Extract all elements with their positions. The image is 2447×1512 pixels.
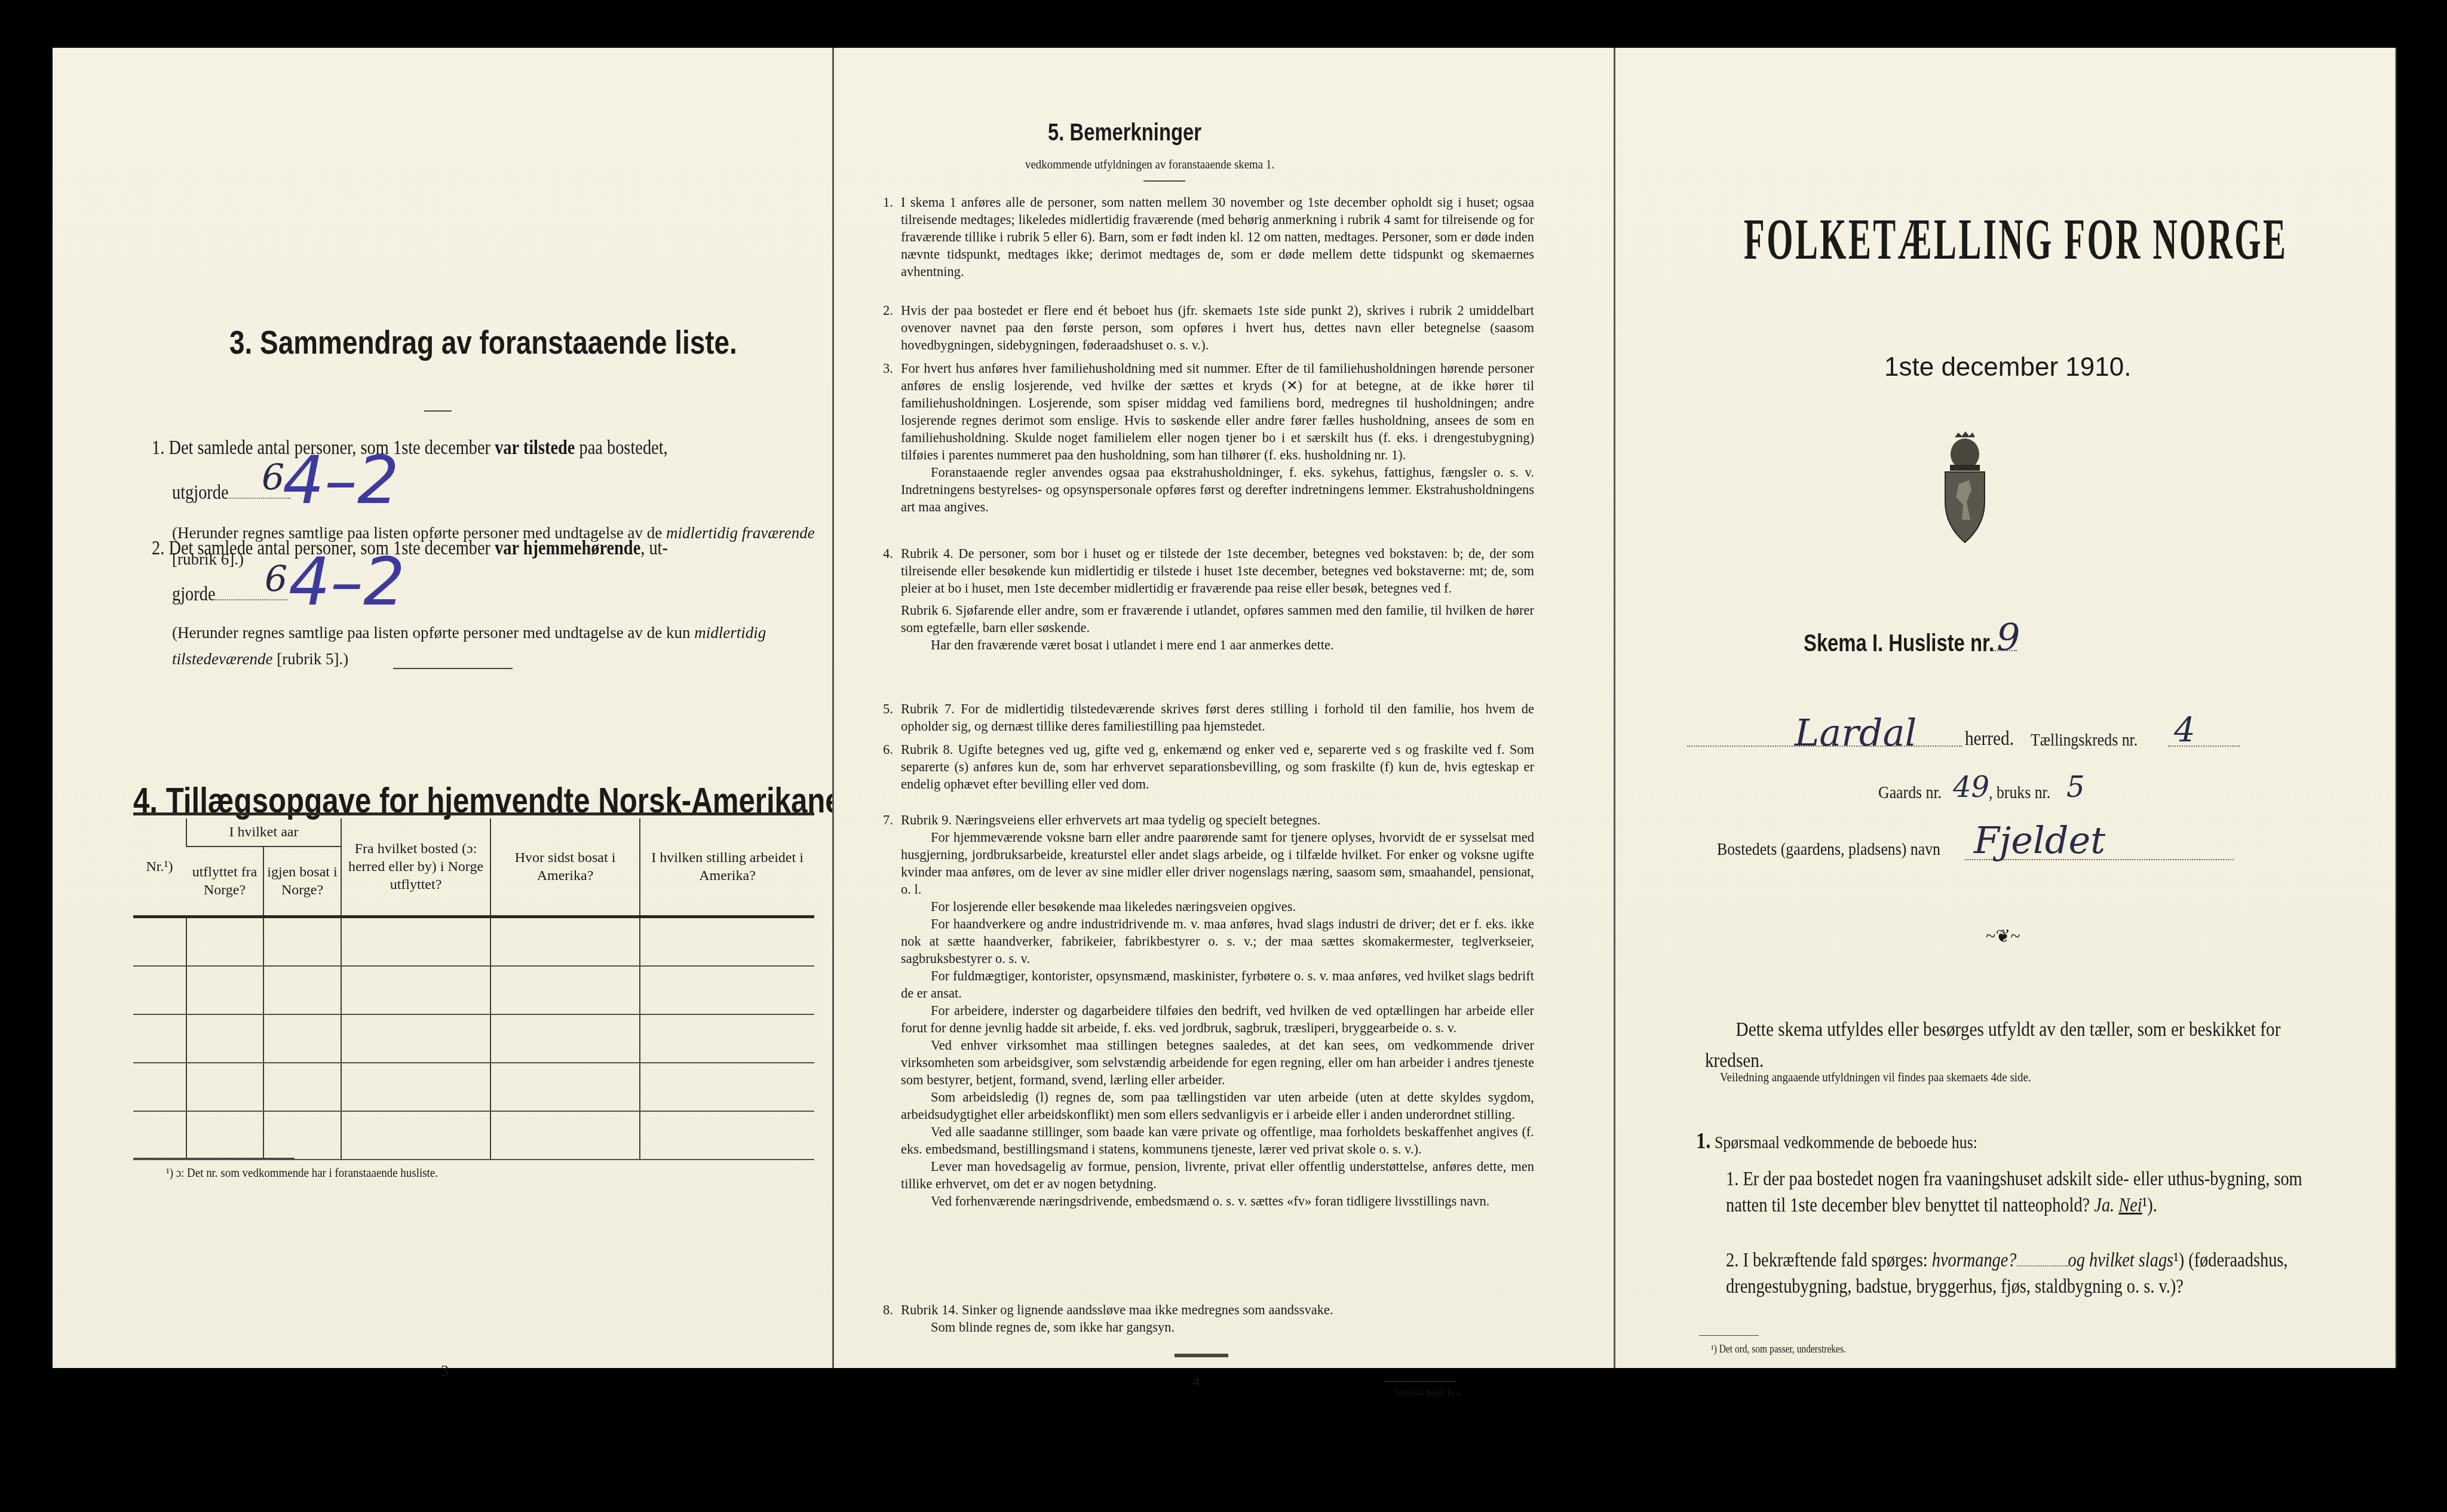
resident-count-value: 6 bbox=[265, 559, 287, 600]
col-group-year: I hvilket aar bbox=[186, 818, 341, 847]
cell[interactable] bbox=[186, 966, 263, 1014]
cell[interactable] bbox=[263, 1063, 341, 1111]
coat-of-arms-icon bbox=[1938, 430, 1992, 544]
cell[interactable] bbox=[490, 1111, 640, 1160]
page-1-cover: FOLKETÆLLING FOR NORGE 1ste december 191… bbox=[1614, 48, 2396, 1368]
herred-value: Lardal bbox=[1795, 711, 1916, 755]
cell[interactable] bbox=[186, 1063, 263, 1111]
guidance-text: Veiledning angaaende utfyldningen vil fi… bbox=[1720, 1069, 2031, 1085]
bosted-value: Fjeldet bbox=[1974, 818, 2105, 862]
resident-count-blue-annotation: 4–2 bbox=[289, 544, 405, 620]
ornament-icon: ~❦~ bbox=[1986, 926, 2020, 947]
cell[interactable] bbox=[133, 966, 186, 1014]
cell[interactable] bbox=[263, 1111, 341, 1160]
table-row bbox=[133, 918, 814, 966]
cell[interactable] bbox=[341, 966, 490, 1014]
col-last-residence: Hvor sidst bosat i Amerika? bbox=[490, 818, 640, 915]
cell[interactable] bbox=[490, 966, 640, 1014]
page-4-remarks: 5. Bemerkninger vedkommende utfyldningen… bbox=[832, 48, 1615, 1368]
cell[interactable] bbox=[341, 1111, 490, 1160]
remark-3: 3. For hvert hus anføres hver familiehus… bbox=[901, 360, 1534, 516]
bruks-label: , bruks nr. bbox=[1989, 783, 2050, 803]
cell[interactable] bbox=[490, 918, 640, 966]
cell[interactable] bbox=[640, 1014, 814, 1063]
divider bbox=[1143, 180, 1185, 182]
printer-imprint: Steen'ske Bogtr. Kr.a. bbox=[1396, 1388, 1462, 1398]
footnote-rule bbox=[133, 1158, 295, 1159]
cell[interactable] bbox=[133, 918, 186, 966]
herred-label: herred. bbox=[1965, 728, 2014, 750]
cell[interactable] bbox=[341, 918, 490, 966]
col-from-where: Fra hvilket bosted (ɔ: herred eller by) … bbox=[341, 818, 490, 915]
page-number: 3 bbox=[441, 1362, 449, 1380]
question-section: 1. Spørsmaal vedkommende de beboede hus: bbox=[1696, 1128, 1977, 1154]
page-number: 4 bbox=[1192, 1374, 1200, 1390]
cell[interactable] bbox=[640, 1063, 814, 1111]
table-row bbox=[133, 966, 814, 1014]
divider bbox=[424, 410, 452, 412]
gaards-label: Gaards nr. bbox=[1878, 783, 1942, 803]
section3-title: 3. Sammendrag av foranstaaende liste. bbox=[229, 323, 737, 361]
cell[interactable] bbox=[640, 1111, 814, 1160]
skema-label: Skema I. Husliste nr. bbox=[1804, 630, 1994, 657]
bosted-label: Bostedets (gaardens, pladsens) navn bbox=[1717, 839, 1940, 860]
cover-footnote: ¹) Det ord, som passer, understrekes. bbox=[1711, 1343, 1846, 1355]
cell[interactable] bbox=[133, 1111, 186, 1160]
census-date: 1ste december 1910. bbox=[1884, 352, 2131, 382]
closing-rule bbox=[1175, 1354, 1228, 1357]
divider bbox=[393, 668, 513, 669]
remark-2: 2. Hvis der paa bostedet er flere end ét… bbox=[901, 302, 1534, 354]
table-row bbox=[133, 1014, 814, 1063]
intro-text: Dette skema utfyldes eller besørges utfy… bbox=[1705, 1014, 2332, 1077]
cell[interactable] bbox=[133, 1063, 186, 1111]
col-returned: igjen bosat i Norge? bbox=[263, 847, 341, 915]
form-title: FOLKETÆLLING FOR NORGE bbox=[1744, 206, 2287, 273]
cell[interactable] bbox=[186, 1014, 263, 1063]
table-row bbox=[133, 1111, 814, 1160]
cell[interactable] bbox=[263, 1014, 341, 1063]
bruks-value[interactable]: 5 bbox=[2066, 771, 2085, 804]
table-footnote: ¹) ɔ: Det nr. som vedkommende har i fora… bbox=[166, 1165, 438, 1180]
col-position: I hvilken stilling arbeidet i Amerika? bbox=[640, 818, 814, 915]
present-count-value: 6 bbox=[262, 457, 284, 499]
present-count-blue-annotation: 4–2 bbox=[283, 442, 399, 519]
norwegian-american-table: Nr.¹) I hvilket aar Fra hvilket bosted (… bbox=[133, 818, 814, 1160]
kreds-label: Tællingskreds nr. bbox=[2031, 730, 2138, 750]
cell[interactable] bbox=[490, 1063, 640, 1111]
page-3-summary: 3. Sammendrag av foranstaaende liste. 1.… bbox=[53, 48, 832, 1368]
cell[interactable] bbox=[490, 1014, 640, 1063]
remark-1: 1. I skema 1 anføres alle de personer, s… bbox=[901, 194, 1534, 280]
summary-item-1: 1. Det samlede antal personer, som 1ste … bbox=[152, 430, 668, 466]
cell[interactable] bbox=[640, 918, 814, 966]
husliste-number[interactable]: 9 bbox=[1997, 615, 2020, 659]
answer-nei-selected[interactable]: Nei bbox=[2118, 1195, 2142, 1216]
remarks-subtitle: vedkommende utfyldningen av foranstaaend… bbox=[1025, 157, 1274, 172]
kreds-value: 4 bbox=[2174, 711, 2195, 750]
cell[interactable] bbox=[341, 1063, 490, 1111]
cell[interactable] bbox=[133, 1014, 186, 1063]
col-nr: Nr.¹) bbox=[133, 818, 186, 915]
remark-7: 7. Rubrik 9. Næringsveiens eller erhverv… bbox=[901, 811, 1534, 1210]
col-emigrated: utflyttet fra Norge? bbox=[186, 847, 263, 915]
cell[interactable] bbox=[263, 966, 341, 1014]
remark-6: 6. Rubrik 8. Ugifte betegnes ved ug, gif… bbox=[901, 741, 1534, 793]
cell[interactable] bbox=[640, 966, 814, 1014]
question-1: 1. Er der paa bostedet nogen fra vaaning… bbox=[1726, 1166, 2317, 1219]
remark-8: 8. Rubrik 14. Sinker og lignende aandssl… bbox=[901, 1301, 1534, 1336]
cell[interactable] bbox=[341, 1014, 490, 1063]
cell[interactable] bbox=[186, 918, 263, 966]
answer-ja[interactable]: Ja. bbox=[2094, 1195, 2114, 1216]
hvormange-field[interactable] bbox=[2017, 1265, 2068, 1266]
footnote-rule bbox=[1699, 1335, 1759, 1336]
table-row bbox=[133, 1063, 814, 1111]
remark-5: 5. Rubrik 7. For de midlertidig tilstede… bbox=[901, 700, 1534, 735]
summary-item-2-note: (Herunder regnes samtlige paa listen opf… bbox=[172, 619, 817, 672]
table-top-rule bbox=[133, 812, 814, 815]
cell[interactable] bbox=[263, 918, 341, 966]
remark-4: 4. Rubrik 4. De personer, som bor i huse… bbox=[901, 545, 1534, 654]
remarks-title: 5. Bemerkninger bbox=[1048, 119, 1201, 146]
cell[interactable] bbox=[186, 1111, 263, 1160]
summary-item-2-line: 2. Det samlede antal personer, som 1ste … bbox=[152, 530, 668, 566]
gaards-value[interactable]: 49 bbox=[1953, 771, 1989, 804]
question-2: 2. I bekræftende fald spørges: hvormange… bbox=[1726, 1247, 2317, 1300]
